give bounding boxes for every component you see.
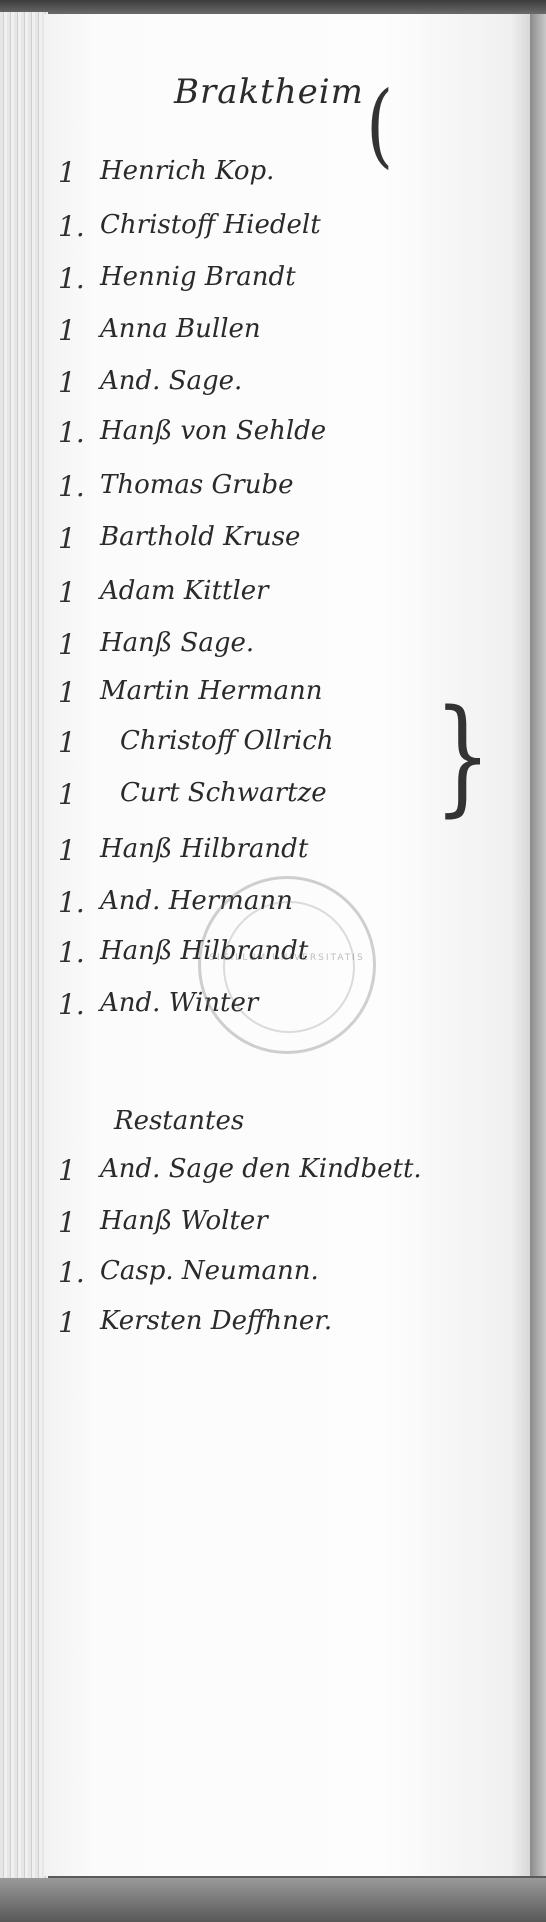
tally-mark: 1	[58, 778, 76, 811]
tally-mark: 1	[58, 366, 76, 399]
entry-name: Hanß von Sehlde	[100, 416, 326, 446]
list-item: 1 Kersten Deffhner.	[44, 1302, 530, 1342]
list-item: 1 And. Sage.	[44, 362, 530, 402]
entry-name: And. Sage den Kindbett.	[100, 1154, 422, 1184]
tally-mark: 1	[58, 576, 76, 609]
list-item: 1 Hanß Sage.	[44, 624, 530, 664]
list-item: 1. Christoff Hiedelt	[44, 206, 530, 246]
tally-mark: 1	[58, 676, 76, 709]
entry-name: Henrich Kop.	[100, 156, 274, 186]
list-item: 1. Hanß von Sehlde	[44, 412, 530, 452]
stamp-inner-ring	[223, 901, 355, 1033]
entry-name: Christoff Hiedelt	[100, 210, 321, 240]
entry-name: Hanß Sage.	[100, 628, 254, 658]
list-item: 1 And. Sage den Kindbett.	[44, 1150, 530, 1190]
tally-mark: 1	[58, 628, 76, 661]
tally-mark: 1.	[58, 886, 85, 919]
entry-name: Curt Schwartze	[120, 778, 327, 808]
entry-name: Kersten Deffhner.	[100, 1306, 332, 1336]
tally-mark: 1	[58, 1306, 76, 1339]
tally-mark: 1	[58, 726, 76, 759]
entry-name: Hanß Wolter	[100, 1206, 268, 1236]
entry-name: Christoff Ollrich	[120, 726, 334, 756]
scan-top-edge	[0, 0, 546, 14]
tally-mark: 1	[58, 156, 76, 189]
page-heading: Braktheim	[174, 72, 364, 112]
tally-mark: 1.	[58, 262, 85, 295]
list-item: 1. Thomas Grube	[44, 466, 530, 506]
tally-mark: 1	[58, 1154, 76, 1187]
tally-mark: 1.	[58, 210, 85, 243]
list-item: 1 Anna Bullen	[44, 310, 530, 350]
brace-mark: }	[434, 683, 491, 830]
seal-stamp-icon: SIGILLUM UNIVERSITATIS	[198, 876, 376, 1054]
entry-name: Hanß Hilbrandt	[100, 834, 308, 864]
entry-name: Anna Bullen	[100, 314, 261, 344]
tally-mark: 1	[58, 314, 76, 347]
tally-mark: 1.	[58, 1256, 85, 1289]
tally-mark: 1	[58, 1206, 76, 1239]
entry-name: Martin Hermann	[100, 676, 322, 706]
tally-mark: 1.	[58, 416, 85, 449]
tally-mark: 1.	[58, 470, 85, 503]
tally-mark: 1.	[58, 936, 85, 969]
manuscript-page: Braktheim ( 1 Henrich Kop. 1. Christoff …	[44, 14, 530, 1876]
tally-mark: 1	[58, 522, 76, 555]
list-item: 1 Hanß Hilbrandt	[44, 830, 530, 870]
entry-name: Barthold Kruse	[100, 522, 300, 552]
entry-name: Casp. Neumann.	[100, 1256, 319, 1286]
adjacent-page-edge	[530, 14, 546, 1876]
tally-mark: 1	[58, 834, 76, 867]
list-item: 1 Hanß Wolter	[44, 1202, 530, 1242]
entry-name: And. Sage.	[100, 366, 242, 396]
page-stack-edge	[0, 12, 48, 1878]
stamp-text: SIGILLUM UNIVERSITATIS	[201, 953, 373, 963]
section-heading-restantes: Restantes	[114, 1106, 244, 1136]
entry-name: Hennig Brandt	[100, 262, 296, 292]
entry-name: Adam Kittler	[100, 576, 269, 606]
list-item: 1. Casp. Neumann.	[44, 1252, 530, 1292]
scan-bottom-edge	[0, 1878, 546, 1922]
list-item: 1 Barthold Kruse	[44, 518, 530, 558]
list-item: 1 Adam Kittler	[44, 572, 530, 612]
entry-name: Thomas Grube	[100, 470, 293, 500]
list-item: 1. Hennig Brandt	[44, 258, 530, 298]
tally-mark: 1.	[58, 988, 85, 1021]
list-item: 1 Henrich Kop.	[44, 152, 530, 192]
